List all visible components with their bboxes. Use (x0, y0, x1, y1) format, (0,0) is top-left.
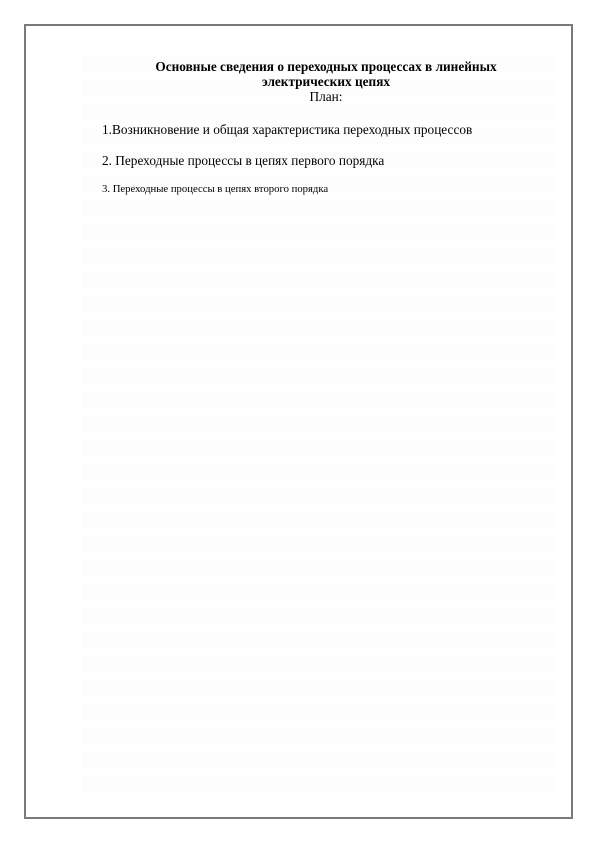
plan-heading: План: (106, 89, 546, 104)
plan-item-3: 3. Переходные процессы в цепях второго п… (102, 183, 328, 195)
title-block: Основные сведения о переходных процессах… (106, 59, 546, 104)
plan-item-2: 2. Переходные процессы в цепях первого п… (102, 153, 384, 168)
document-title-line-2: электрических цепях (106, 74, 546, 89)
page-frame: Основные сведения о переходных процессах… (24, 24, 573, 819)
document-title-line-1: Основные сведения о переходных процессах… (106, 59, 546, 74)
plan-item-1: 1.Возникновение и общая характеристика п… (102, 122, 472, 137)
